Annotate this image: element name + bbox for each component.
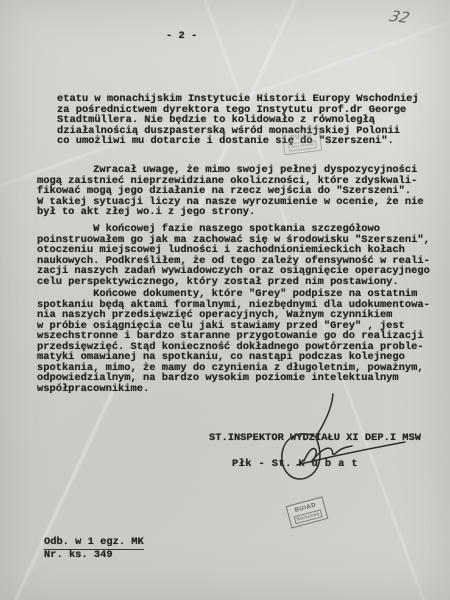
paragraph-2: Zwracał uwagę, że mimo swojej pełnej dys… [37, 165, 424, 218]
paragraph-3: W końcowej fazie naszego spotkania szcze… [37, 224, 430, 287]
handwritten-folio-number: 32 [387, 7, 412, 26]
signature-title: ST.INSPEKTOR WYDZIAŁU XI DEP.I MSW [209, 433, 421, 444]
register-number: Nr. ks. 349 [44, 550, 113, 561]
archive-stamp: BUiAD Warszawa [286, 497, 328, 529]
page-number: - 2 - [166, 31, 197, 42]
copy-note: Odb. w 1 egz. MK [44, 537, 144, 550]
scanned-document-page: - 2 - 32 etatu w monachijskim Instytucie… [0, 0, 450, 600]
archive-stamp-faint: BUiAD Warszawa [282, 128, 322, 155]
signature-name: Płk - St. K u b a t [232, 459, 358, 470]
paragraph-1: etatu w monachijskim Instytucie Historii… [57, 94, 419, 147]
paragraph-4: Końcowe dokumenty, które "Grey" podpisze… [37, 289, 430, 394]
